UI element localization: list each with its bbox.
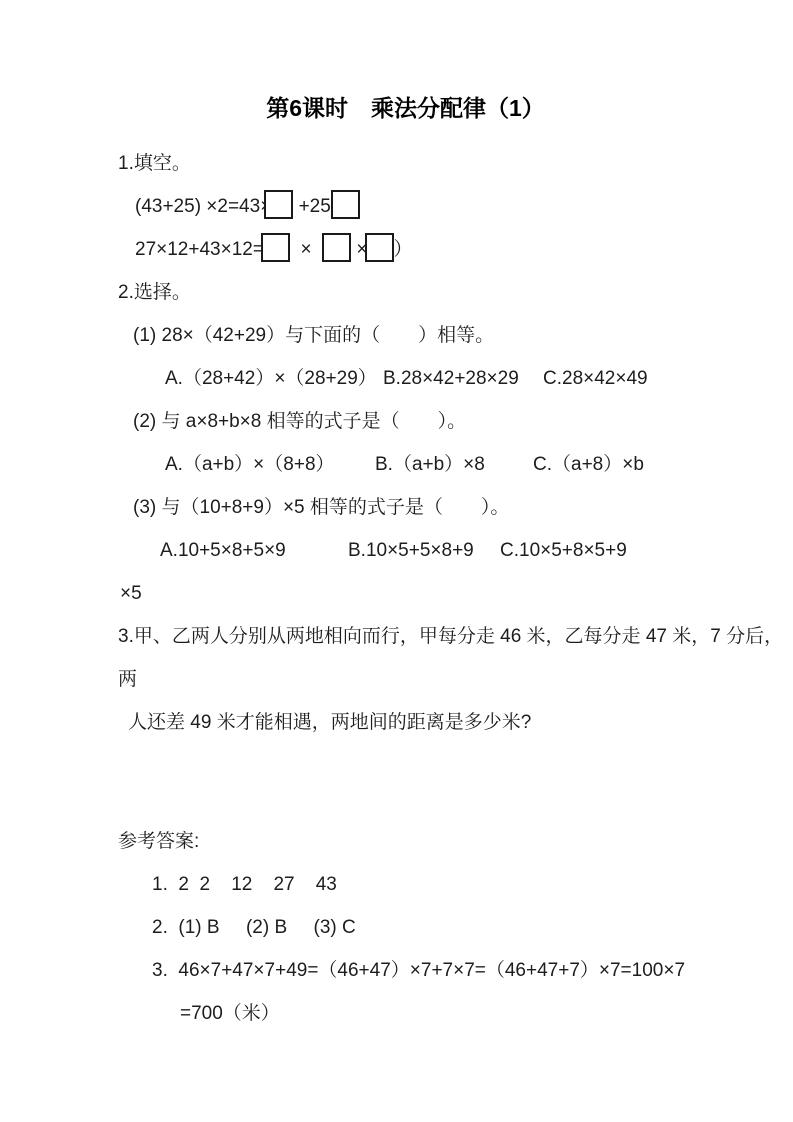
- choice-q3-overflow: ×5: [118, 572, 693, 615]
- answers-header: 参考答案:: [118, 820, 693, 863]
- option-c: C.28×42×49: [543, 357, 693, 400]
- fill-eq2-line: 27×12+43×12= × ×）: [118, 228, 693, 271]
- word-problem-line1: 3.甲、乙两人分别从两地相向而行，甲每分走 46 米，乙每分走 47 米，7 分…: [118, 615, 693, 658]
- option-b: B.28×42+28×29: [383, 357, 543, 400]
- option-a: A.（a+b）×（8+8）: [165, 443, 375, 486]
- choice-q3-options: A.10+5×8+5×9 B.10×5+5×8+9 C.10×5+8×5+9: [118, 529, 693, 572]
- fill-eq2-sep1: ×: [290, 239, 322, 260]
- answer-line-3: 3. 46×7+47×7+49=（46+47）×7+7×7=（46+47+7）×…: [118, 949, 693, 992]
- choice-q3-text: (3) 与（10+8+9）×5 相等的式子是（ ）。: [118, 486, 693, 529]
- fill-section-label: 1.填空。: [118, 142, 693, 185]
- fill-eq2-suffix: ）: [394, 239, 413, 260]
- choice-q1-text: (1) 28×（42+29）与下面的（ ）相等。: [118, 314, 693, 357]
- word-problem-line2: 两: [118, 658, 693, 701]
- option-c: C.（a+8）×b: [533, 443, 693, 486]
- choice-q1-options: A.（28+42）×（28+29） B.28×42+28×29 C.28×42×…: [118, 357, 693, 400]
- option-b: B.10×5+5×8+9: [348, 529, 500, 572]
- page-title: 第6课时 乘法分配律（1）: [118, 88, 693, 128]
- fill-eq1-line: (43+25) ×2=43× +25: [118, 185, 693, 228]
- option-b: B.（a+b）×8: [375, 443, 533, 486]
- option-a: A.10+5×8+5×9: [160, 529, 348, 572]
- answer-box: [264, 190, 293, 219]
- choice-q2-options: A.（a+b）×（8+8） B.（a+b）×8 C.（a+8）×b: [118, 443, 693, 486]
- answer-box: [261, 233, 290, 262]
- worksheet-page: 第6课时 乘法分配律（1） 1.填空。 (43+25) ×2=43× +25 2…: [0, 0, 793, 1122]
- answer-box: [365, 233, 394, 262]
- answer-line-3-continued: =700（米）: [118, 992, 693, 1035]
- page-content: 第6课时 乘法分配律（1） 1.填空。 (43+25) ×2=43× +25 2…: [0, 0, 793, 1035]
- answer-box: [322, 233, 351, 262]
- option-c: C.10×5+8×5+9: [500, 529, 693, 572]
- fill-eq1-prefix: (43+25) ×2=43×: [135, 196, 271, 217]
- fill-eq1-mid: +25: [293, 196, 331, 217]
- word-problem-line3: 人还差 49 米才能相遇，两地间的距离是多少米?: [118, 701, 693, 744]
- answer-box: [331, 190, 360, 219]
- choice-section-label: 2.选择。: [118, 271, 693, 314]
- fill-eq2-prefix: 27×12+43×12=: [135, 239, 264, 260]
- option-a: A.（28+42）×（28+29）: [165, 357, 383, 400]
- answer-line-2: 2. (1) B (2) B (3) C: [118, 906, 693, 949]
- answer-line-1: 1. 2 2 12 27 43: [118, 863, 693, 906]
- choice-q2-text: (2) 与 a×8+b×8 相等的式子是（ ）。: [118, 400, 693, 443]
